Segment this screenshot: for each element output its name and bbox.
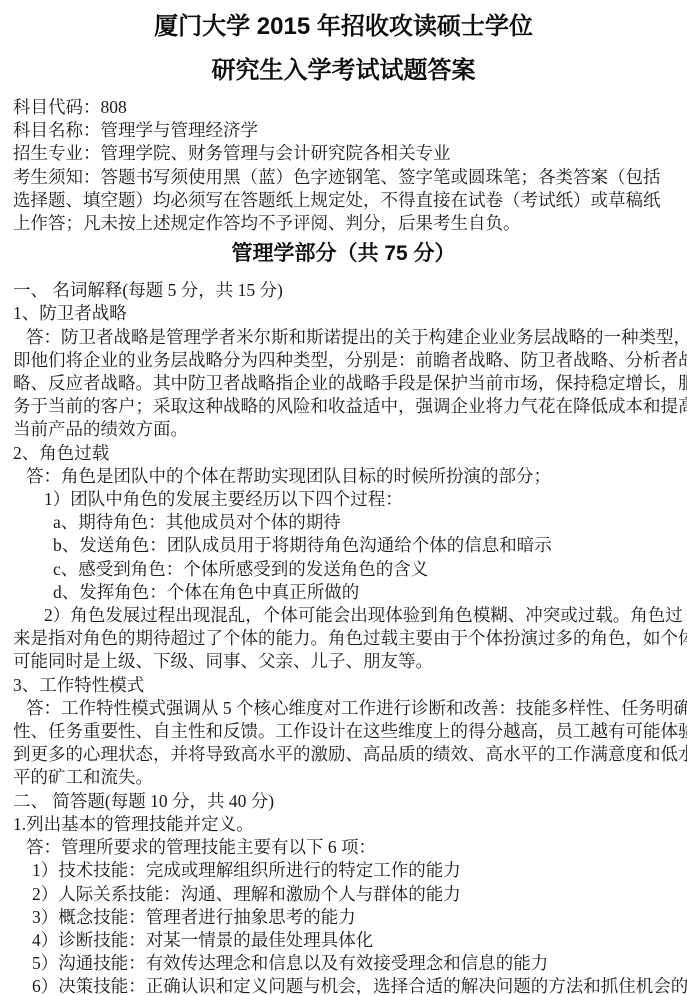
header-info: 科目代码：808科目名称：管理学与管理经济学招生专业：管理学院、财务管理与会计研…	[10, 96, 677, 235]
text-line: 2）角色发展过程出现混乱，个体可能会出现体验到角色模糊、冲突或过载。角色过	[10, 604, 677, 627]
text-line: 可能同时是上级、下级、同事、父亲、儿子、朋友等。	[10, 650, 677, 673]
document-title: 厦门大学 2015 年招收攻读硕士学位 研究生入学考试试题答案	[10, 10, 677, 88]
header-info-line: 考生须知：答题书写须使用黑（蓝）色字迹钢笔、签字笔或圆珠笔；各类答案（包括	[10, 166, 677, 189]
text-line: 答：工作特性模式强调从 5 个核心维度对工作进行诊断和改善：技能多样性、任务明确	[10, 697, 677, 720]
text-line: 答：角色是团队中的个体在帮助实现团队目标的时候所扮演的部分；	[10, 465, 677, 488]
exam-answer-document: 厦门大学 2015 年招收攻读硕士学位 研究生入学考试试题答案 科目代码：808…	[0, 0, 687, 995]
text-line: 5）沟通技能：有效传达理念和信息以及有效接受理念和信息的能力	[10, 952, 677, 975]
text-line: 答：防卫者战略是管理学者米尔斯和斯诺提出的关于构建企业业务层战略的一种类型，	[10, 326, 677, 349]
header-info-line: 招生专业：管理学院、财务管理与会计研究院各相关专业	[10, 142, 677, 165]
text-line: 当前产品的绩效方面。	[10, 418, 677, 441]
text-line: 二、 简答题(每题 10 分，共 40 分)	[10, 790, 677, 813]
text-line: 务于当前的客户；采取这种战略的风险和收益适中，强调企业将力气花在降低成本和提高	[10, 395, 677, 418]
text-line: 一、 名词解释(每题 5 分，共 15 分)	[10, 279, 677, 302]
text-line: 即他们将企业的业务层战略分为四种类型，分别是：前瞻者战略、防卫者战略、分析者战	[10, 349, 677, 372]
document-body: 一、 名词解释(每题 5 分，共 15 分)1、防卫者战略答：防卫者战略是管理学…	[10, 279, 677, 995]
text-line: 4）诊断技能：对某一情景的最佳处理具体化	[10, 929, 677, 952]
text-line: 1.列出基本的管理技能并定义。	[10, 813, 677, 836]
text-line: 2、角色过载	[10, 442, 677, 465]
text-line: 1、防卫者战略	[10, 302, 677, 325]
header-info-line: 选择题、填空题）均必须写在答题纸上规定处，不得直接在试卷（考试纸）或草稿纸	[10, 189, 677, 212]
text-line: 6）决策技能：正确认识和定义问题与机会，选择合适的解决问题的方法和抓住机会的	[10, 975, 677, 995]
text-line: 到更多的心理状态，并将导致高水平的激励、高品质的绩效、高水平的工作满意度和低水	[10, 743, 677, 766]
document-title-line1: 厦门大学 2015 年招收攻读硕士学位	[10, 10, 677, 44]
text-line: 平的矿工和流失。	[10, 766, 677, 789]
text-line: 来是指对角色的期待超过了个体的能力。角色过载主要由于个体扮演过多的角色，如个体	[10, 627, 677, 650]
text-line: a、期待角色：其他成员对个体的期待	[10, 511, 677, 534]
text-line: c、感受到角色：个体所感受到的发送角色的含义	[10, 558, 677, 581]
section-heading: 管理学部分（共 75 分）	[10, 238, 677, 270]
header-info-line: 科目代码：808	[10, 96, 677, 119]
text-line: 略、反应者战略。其中防卫者战略指企业的战略手段是保护当前市场，保持稳定增长，服	[10, 372, 677, 395]
text-line: 性、任务重要性、自主性和反馈。工作设计在这些维度上的得分越高，员工越有可能体验	[10, 720, 677, 743]
text-line: 1）团队中角色的发展主要经历以下四个过程：	[10, 488, 677, 511]
header-info-line: 上作答；凡未按上述规定作答均不予评阅、判分，后果考生自负。	[10, 212, 677, 235]
header-info-line: 科目名称：管理学与管理经济学	[10, 119, 677, 142]
text-line: d、发挥角色：个体在角色中真正所做的	[10, 581, 677, 604]
text-line: 答：管理所要求的管理技能主要有以下 6 项：	[10, 836, 677, 859]
document-title-line2: 研究生入学考试试题答案	[10, 54, 677, 88]
text-line: 1）技术技能：完成或理解组织所进行的特定工作的能力	[10, 859, 677, 882]
text-line: 3、工作特性模式	[10, 674, 677, 697]
text-line: b、发送角色：团队成员用于将期待角色沟通给个体的信息和暗示	[10, 534, 677, 557]
text-line: 3）概念技能：管理者进行抽象思考的能力	[10, 906, 677, 929]
text-line: 2）人际关系技能：沟通、理解和激励个人与群体的能力	[10, 883, 677, 906]
